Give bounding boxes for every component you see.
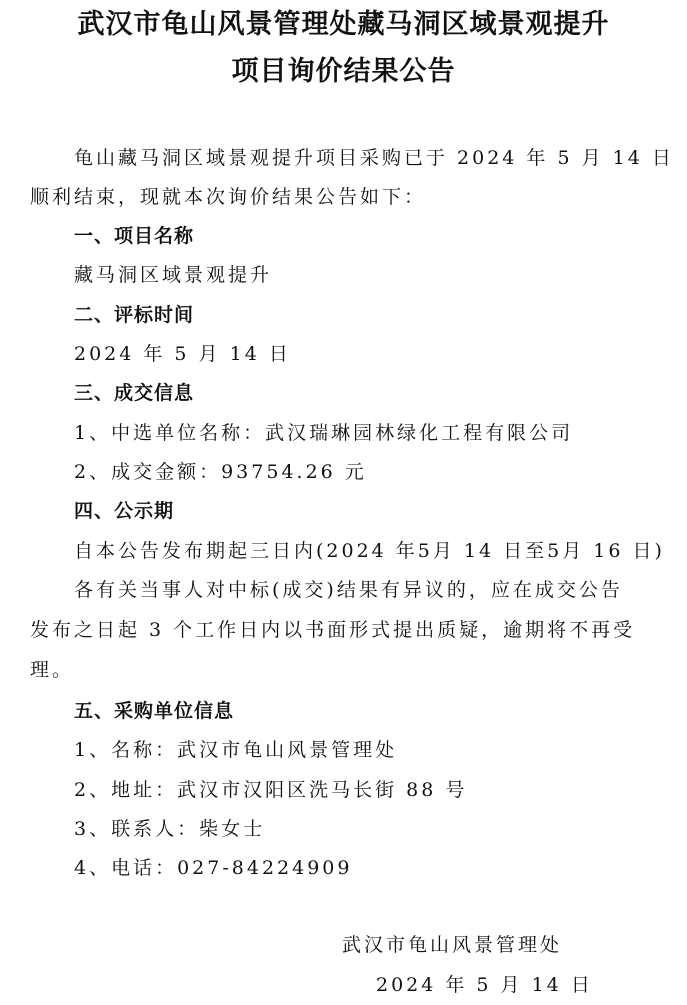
purchaser-contact: 3、联系人：柴女士	[74, 816, 265, 842]
purchaser-phone: 4、电话：027-84224909	[74, 855, 352, 881]
signature-date: 2024 年 5 月 14 日	[376, 972, 593, 998]
intro-line-1: 龟山藏马洞区域景观提升项目采购已于 2024 年 5 月 14 日	[74, 145, 674, 171]
publicity-period: 自本公告发布期起三日内(2024 年5月 14 日至5月 16 日)	[74, 538, 665, 564]
objection-line-2: 发布之日起 3 个工作日内以书面形式提出质疑，逾期将不再受	[30, 617, 635, 643]
section-2-heading: 二、评标时间	[74, 302, 194, 328]
section-4-heading: 四、公示期	[74, 498, 174, 524]
winning-supplier: 1、中选单位名称：武汉瑞琳园林绿化工程有限公司	[74, 420, 573, 446]
intro-line-2: 顺利结束，现就本次询价结果公告如下：	[30, 184, 426, 210]
purchaser-name: 1、名称：武汉市龟山风景管理处	[74, 737, 397, 763]
signature-org: 武汉市龟山风景管理处	[342, 932, 562, 958]
objection-line-3: 理。	[30, 657, 74, 683]
deal-amount: 2、成交金额：93754.26 元	[74, 459, 367, 485]
title-line-2: 项目询价结果公告	[0, 55, 687, 89]
title-line-1: 武汉市龟山风景管理处藏马洞区域景观提升	[0, 8, 687, 42]
section-5-heading: 五、采购单位信息	[74, 698, 234, 724]
purchaser-address: 2、地址：武汉市汉阳区洗马长街 88 号	[74, 777, 467, 803]
section-3-heading: 三、成交信息	[74, 380, 194, 406]
evaluation-date: 2024 年 5 月 14 日	[74, 341, 291, 367]
project-name: 藏马洞区域景观提升	[74, 262, 272, 288]
section-1-heading: 一、项目名称	[74, 223, 194, 249]
objection-line-1: 各有关当事人对中标(成交)结果有异议的，应在成交公告	[74, 577, 623, 603]
